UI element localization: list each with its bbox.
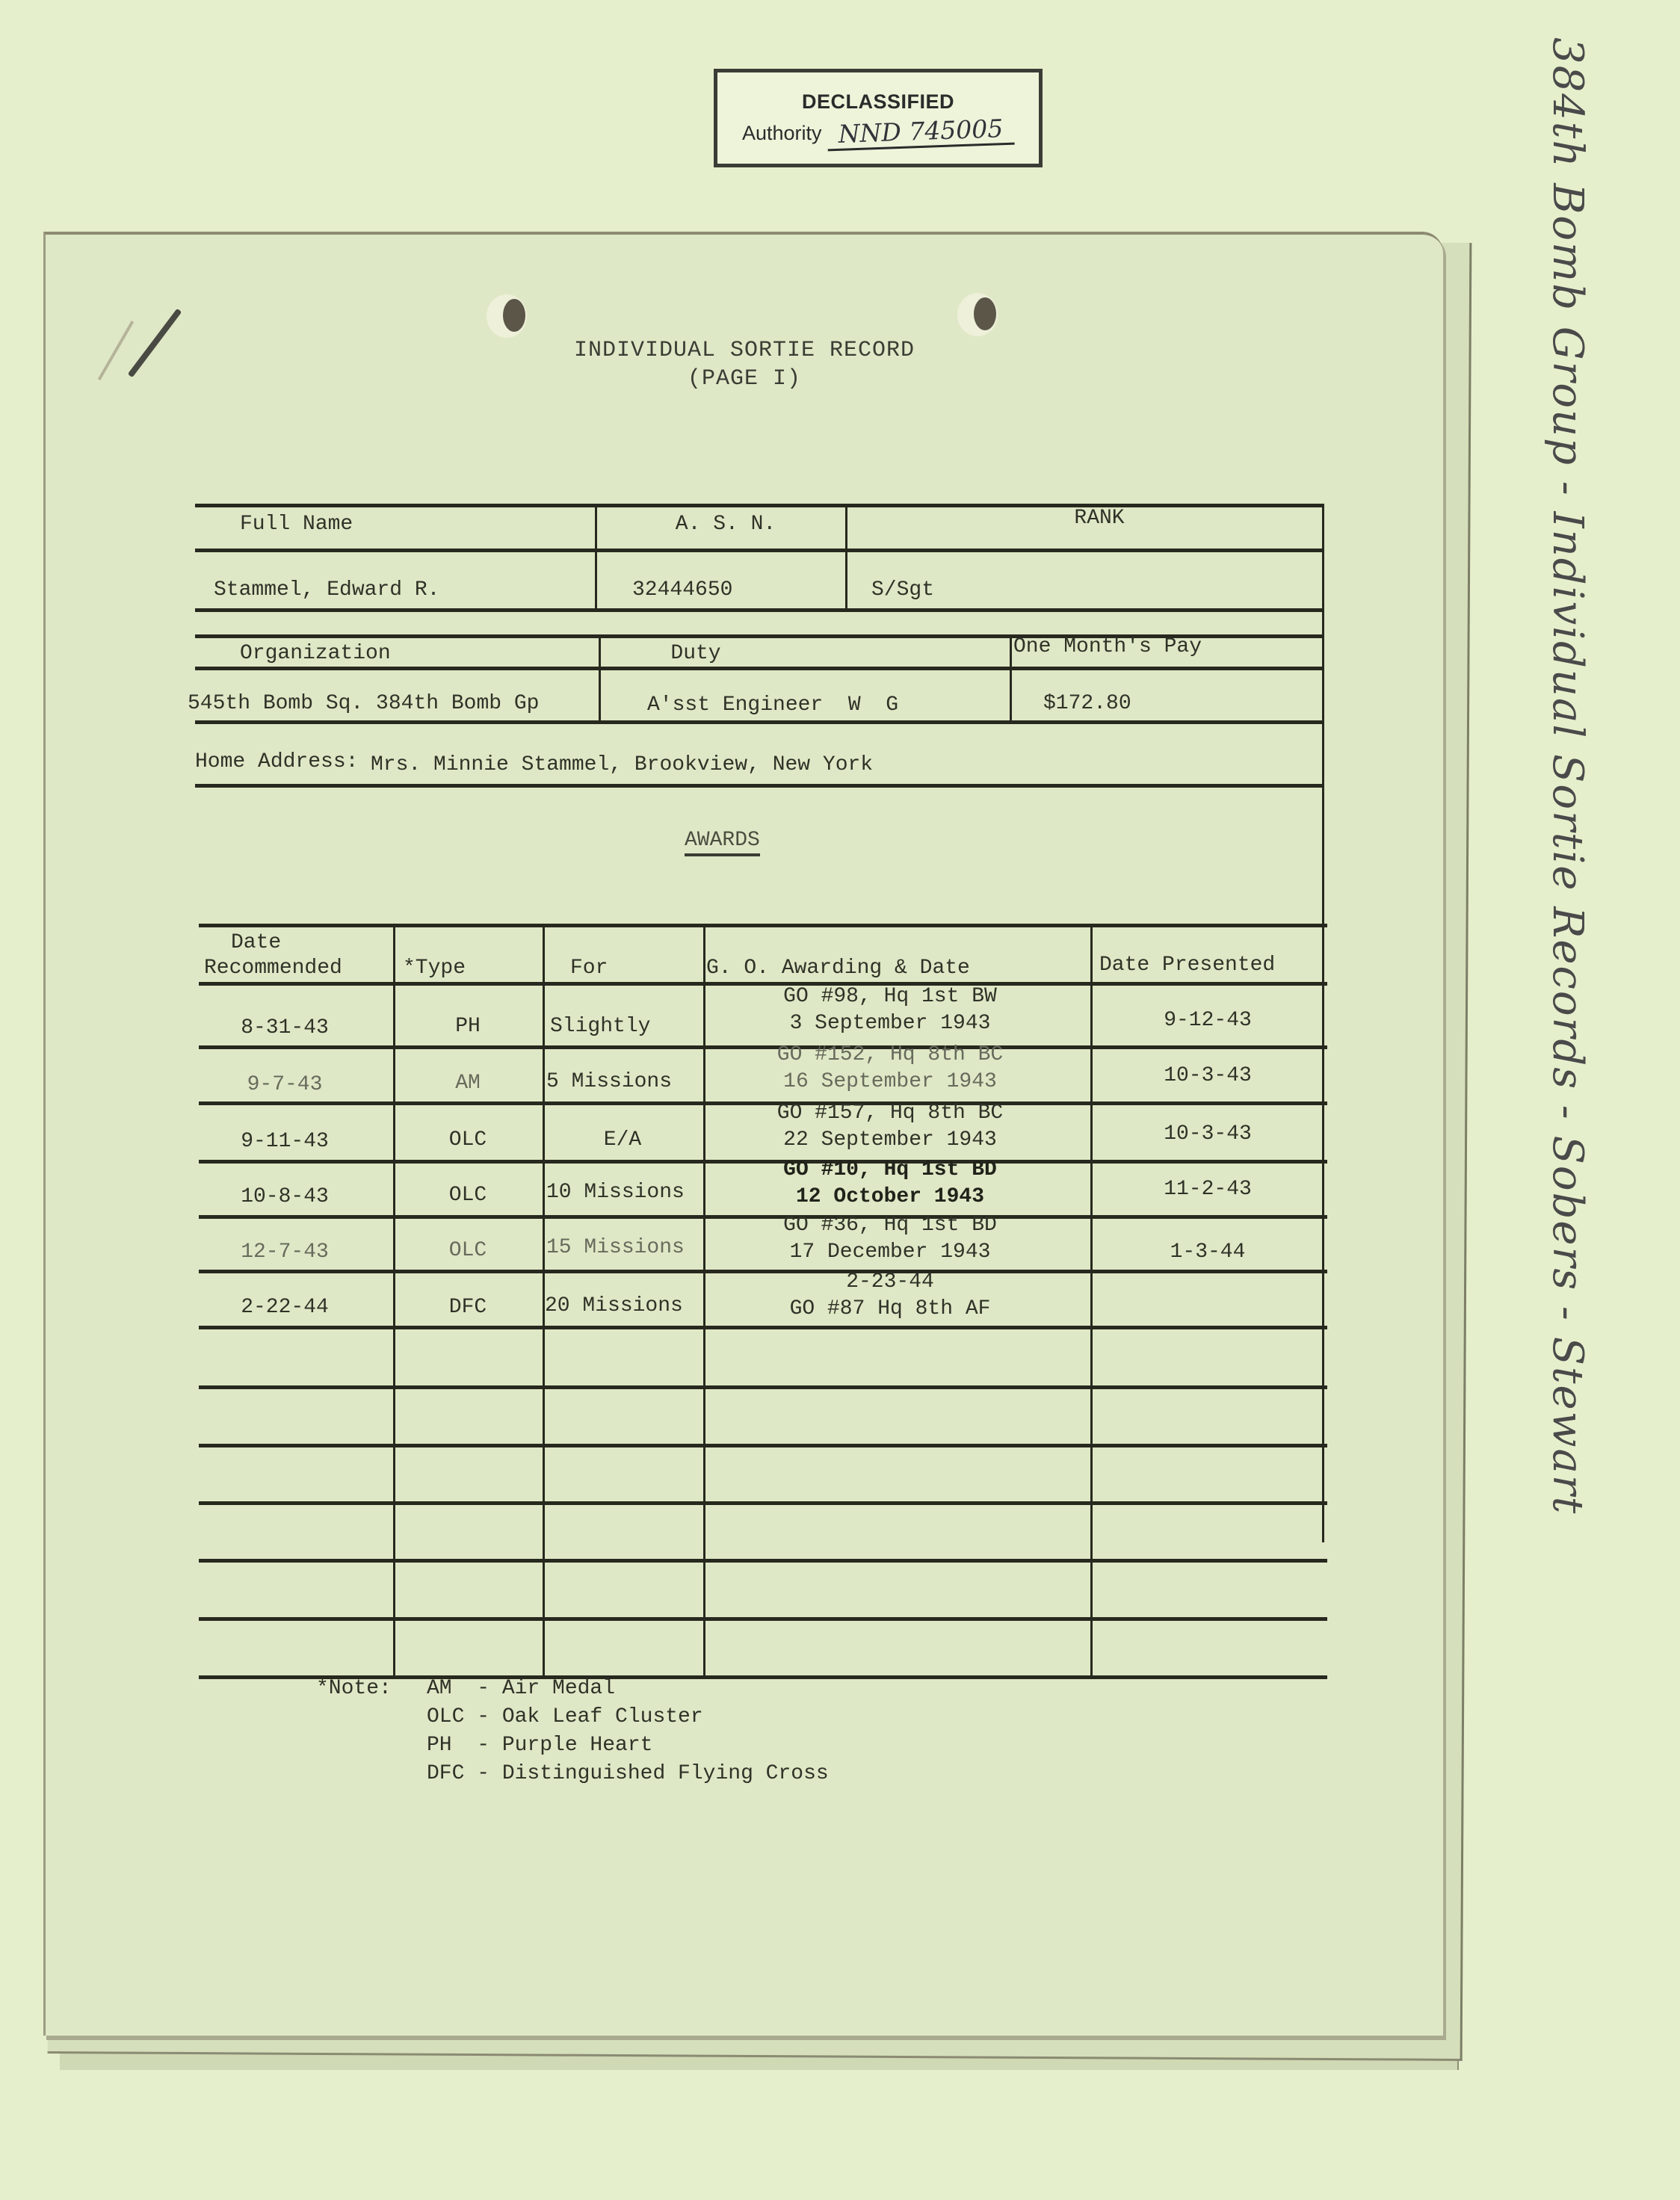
col-header-for: For (570, 957, 608, 980)
authority-label: Authority (742, 122, 822, 144)
col-header-go: G. O. Awarding & Date (706, 957, 970, 980)
col-header-date-presented: Date Presented (1099, 954, 1275, 977)
cell-go: GO #157, Hq 8th BC (777, 1101, 1003, 1125)
divider (845, 504, 847, 612)
col-header-date-recommended: Date (231, 931, 281, 954)
cell-date-presented: 9-12-43 (1164, 1009, 1252, 1032)
rule (199, 1326, 1327, 1329)
col-header-type: *Type (403, 957, 466, 980)
rule (199, 1160, 1327, 1164)
rule (195, 784, 1324, 788)
rule (199, 1270, 1327, 1273)
divider (599, 634, 601, 723)
cell-go: 2-23-44 (846, 1270, 934, 1294)
cell-go-date: GO #87 Hq 8th AF (790, 1297, 991, 1320)
organization-label: Organization (240, 642, 391, 665)
rank-label: RANK (1074, 507, 1124, 530)
col-header-date-recommended: Recommended (204, 957, 342, 980)
rule (195, 667, 1324, 670)
authority-value: NND 745005 (827, 114, 1014, 152)
cell-date-recommended: 2-22-44 (241, 1296, 329, 1319)
cell-type: PH (455, 1015, 481, 1038)
asn-label: A. S. N. (676, 513, 776, 536)
duty-label: Duty (670, 642, 720, 665)
cell-date-presented: 10-3-43 (1164, 1064, 1252, 1087)
stamp-authority: Authority NND 745005 (717, 117, 1039, 148)
rule (195, 549, 1324, 552)
rule (199, 1215, 1327, 1219)
divider (1010, 634, 1012, 723)
awards-title: AWARDS (685, 829, 760, 856)
declassified-stamp: DECLASSIFIED Authority NND 745005 (714, 69, 1043, 167)
duty-value: A'sst Engineer W G (647, 693, 898, 717)
punch-hole-icon (487, 294, 527, 338)
rule (199, 1501, 1327, 1505)
pay-label: One Month's Pay (1013, 635, 1202, 658)
cell-type: OLC (449, 1128, 487, 1152)
rule (199, 1617, 1327, 1621)
cell-type: OLC (449, 1239, 487, 1262)
cell-go: GO #152, Hq 8th BC (777, 1043, 1003, 1066)
document-title: INDIVIDUAL SORTIE RECORD (46, 338, 1443, 363)
home-address-value: Mrs. Minnie Stammel, Brookview, New York (371, 753, 873, 776)
full-name-label: Full Name (240, 513, 353, 536)
cell-go-date: 22 September 1943 (783, 1128, 997, 1152)
cell-go: GO #10, Hq 1st BD (783, 1158, 997, 1181)
divider (1090, 924, 1093, 1678)
punch-hole-icon (957, 293, 998, 336)
cell-for: 10 Missions (546, 1181, 685, 1204)
rule (199, 1101, 1327, 1105)
divider (703, 924, 705, 1678)
cell-go-date: 16 September 1943 (783, 1070, 997, 1093)
cell-for: E/A (604, 1128, 641, 1152)
organization-value: 545th Bomb Sq. 384th Bomb Gp (188, 692, 539, 715)
rule (199, 924, 1327, 927)
cell-date-recommended: 8-31-43 (241, 1016, 329, 1039)
pay-value: $172.80 (1043, 692, 1131, 715)
cell-go: GO #98, Hq 1st BW (783, 985, 997, 1008)
divider (393, 924, 395, 1678)
rule (195, 608, 1324, 612)
note-item: AM - Air Medal (427, 1677, 615, 1700)
cell-date-recommended: 10-8-43 (241, 1185, 329, 1208)
rule (195, 720, 1324, 724)
home-address-label: Home Address: (195, 750, 358, 773)
cell-go-date: 17 December 1943 (790, 1240, 991, 1264)
rule (195, 504, 1324, 507)
handwritten-margin-note: 384th Bomb Group - Individual Sortie Rec… (1543, 37, 1592, 1622)
cell-type: AM (455, 1072, 481, 1095)
rule (199, 1444, 1327, 1447)
stamp-title: DECLASSIFIED (717, 90, 1039, 114)
note-item: PH - Purple Heart (427, 1734, 652, 1757)
cell-date-recommended: 12-7-43 (241, 1240, 329, 1264)
note-item: OLC - Oak Leaf Cluster (427, 1705, 703, 1728)
rule (199, 1559, 1327, 1563)
cell-for: 5 Missions (546, 1070, 672, 1093)
rule (199, 1045, 1327, 1049)
cell-date-presented: 1-3-44 (1170, 1240, 1246, 1264)
asn-value: 32444650 (632, 578, 732, 602)
rule (199, 982, 1327, 986)
full-name-value: Stammel, Edward R. (214, 578, 439, 602)
cell-date-presented: 11-2-43 (1164, 1178, 1252, 1201)
cell-for: 15 Missions (546, 1236, 685, 1259)
cell-type: OLC (449, 1184, 487, 1207)
cell-for: Slightly (550, 1015, 650, 1038)
cell-date-presented: 10-3-43 (1164, 1122, 1252, 1146)
cell-type: DFC (449, 1296, 487, 1319)
divider (595, 504, 597, 612)
note-item: DFC - Distinguished Flying Cross (427, 1762, 829, 1785)
rank-value: S/Sgt (871, 578, 934, 602)
note-label: *Note: (316, 1677, 392, 1700)
sortie-record-page: INDIVIDUAL SORTIE RECORD (PAGE I) Full N… (43, 232, 1443, 2036)
cell-go-date: 12 October 1943 (796, 1185, 984, 1208)
document-subtitle: (PAGE I) (46, 366, 1443, 392)
cell-date-recommended: 9-7-43 (247, 1073, 323, 1096)
cell-go-date: 3 September 1943 (790, 1012, 991, 1035)
cell-for: 20 Missions (545, 1294, 683, 1317)
rule (199, 1385, 1327, 1389)
cell-go: GO #36, Hq 1st BD (783, 1214, 997, 1237)
cell-date-recommended: 9-11-43 (241, 1130, 329, 1153)
